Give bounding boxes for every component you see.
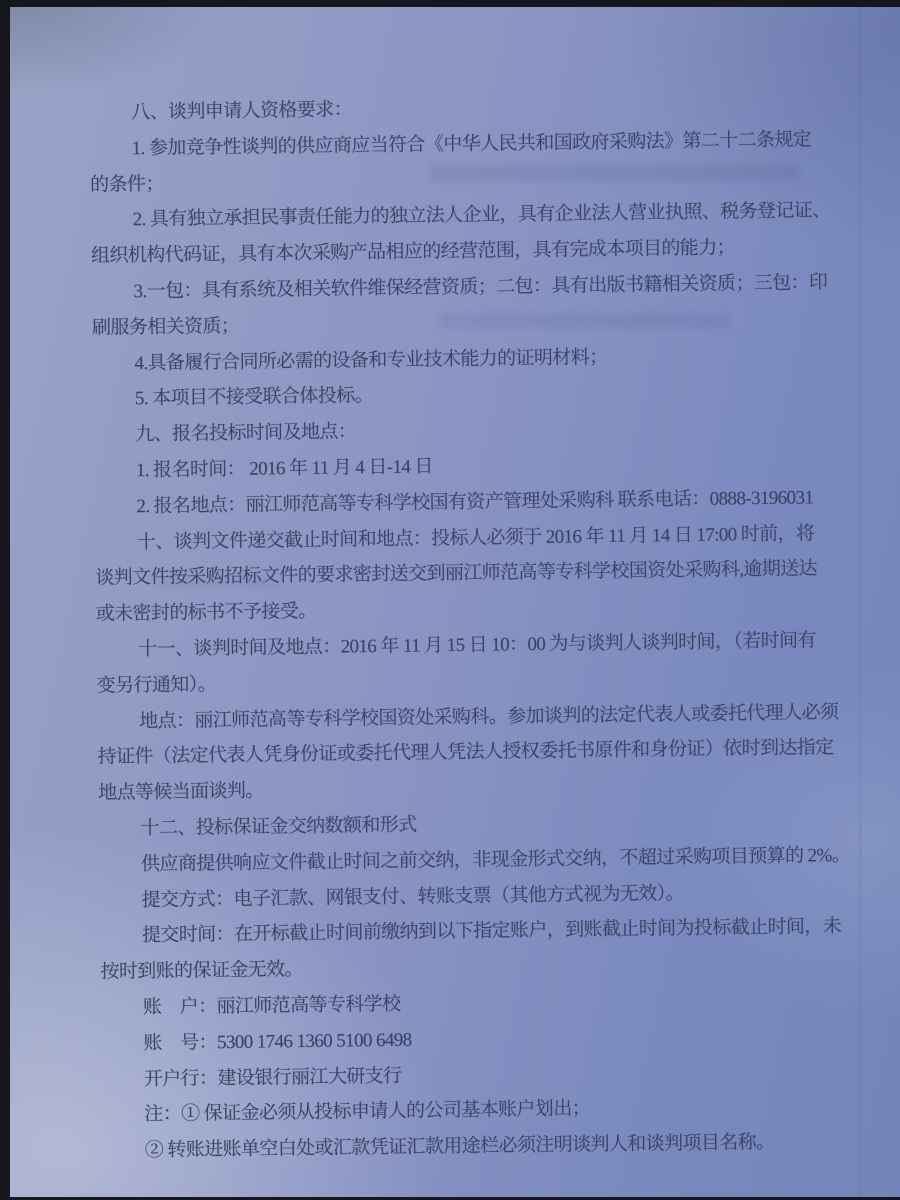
paper-crease <box>859 7 862 1197</box>
photo-background: { "photo": { "background_color": "#16171… <box>0 0 900 1200</box>
corner-shadow <box>10 7 230 97</box>
paper-sheet: 八、谈判申请人资格要求：1. 参加竞争性谈判的供应商应当符合《中华人民共和国政府… <box>10 7 900 1197</box>
document-body: 八、谈判申请人资格要求：1. 参加竞争性谈判的供应商应当符合《中华人民共和国政府… <box>89 86 827 1169</box>
